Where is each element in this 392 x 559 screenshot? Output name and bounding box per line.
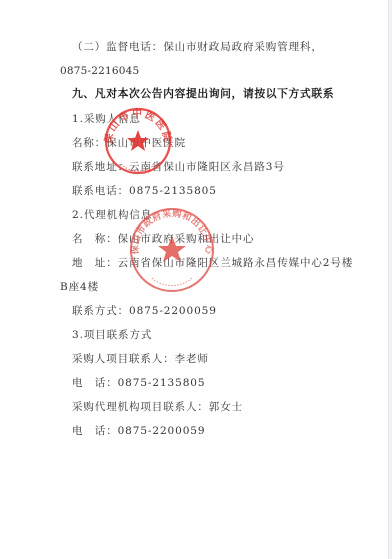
purchaser-info-title: 1.采购人信息 xyxy=(72,112,141,126)
supervision-phone-line2: 0875-2216045 xyxy=(60,64,139,78)
section-9-heading: 九、凡对本次公告内容提出询问，请按以下方式联系 xyxy=(72,87,334,101)
agency-contact: 联系方式：0875-2200059 xyxy=(72,304,217,318)
project-contacts-title: 3.项目联系方式 xyxy=(72,328,152,342)
page-edge xyxy=(388,0,392,559)
purchaser-address: 联系地址：云南省保山市隆阳区永昌路3号 xyxy=(72,160,285,174)
purchaser-name: 名称：保山市中医医院 xyxy=(72,136,186,150)
agency-address-line2: B座4楼 xyxy=(60,280,99,294)
purchaser-phone: 联系电话：0875-2135805 xyxy=(72,184,217,198)
supervision-phone-line1: （二）监督电话：保山市财政局政府采购管理科， xyxy=(72,40,323,54)
purchaser-project-contact: 采购人项目联系人：李老师 xyxy=(72,352,209,366)
agency-name: 名 称：保山市政府采购和出让中心 xyxy=(72,232,254,246)
agency-project-contact: 采购代理机构项目联系人：郭女士 xyxy=(72,400,243,414)
purchaser-project-phone: 电 话：0875-2135805 xyxy=(72,376,205,390)
document-page: （二）监督电话：保山市财政局政府采购管理科， 0875-2216045 九、凡对… xyxy=(0,0,388,559)
agency-address-line1: 地 址：云南省保山市隆阳区兰城路永昌传媒中心2号楼 xyxy=(72,256,353,270)
agency-project-phone: 电 话：0875-2200059 xyxy=(72,424,205,438)
agency-info-title: 2.代理机构信息 xyxy=(72,208,152,222)
